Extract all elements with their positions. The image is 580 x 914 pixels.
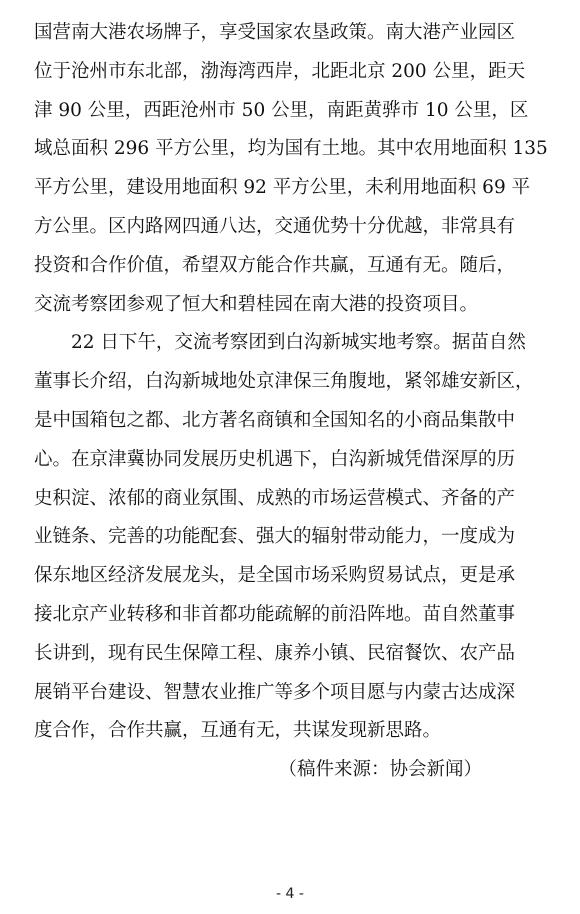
text-line: 史积淀、浓郁的商业氛围、成熟的市场运营模式、齐备的产 <box>34 480 496 519</box>
text-line: 保东地区经济发展龙头，是全国市场采购贸易试点，更是承 <box>34 557 496 596</box>
text-line: 国营南大港农场牌子，享受国家农垦政策。南大港产业园区 <box>34 14 496 53</box>
text-line: 域总面积 296 平方公里，均为国有土地。其中农用地面积 135 <box>34 130 496 169</box>
text-line: 位于沧州市东北部，渤海湾西岸，北距北京 200 公里，距天 <box>34 53 496 92</box>
paragraph-1: 国营南大港农场牌子，享受国家农垦政策。南大港产业园区 位于沧州市东北部，渤海湾西… <box>34 14 496 324</box>
text-line: 津 90 公里，西距沧州市 50 公里，南距黄骅市 10 公里，区 <box>34 92 496 131</box>
article-source: （稿件来源：协会新闻） <box>34 751 496 790</box>
text-line: 交流考察团参观了恒大和碧桂园在南大港的投资项目。 <box>34 286 496 325</box>
text-line: 心。在京津冀协同发展历史机遇下，白沟新城凭借深厚的历 <box>34 441 496 480</box>
text-line: 董事长介绍，白沟新城地处京津保三角腹地，紧邻雄安新区， <box>34 363 496 402</box>
page-number: - 4 - <box>0 886 580 902</box>
text-line: 接北京产业转移和非首都功能疏解的前沿阵地。苗自然董事 <box>34 596 496 635</box>
text-line: 长讲到，现有民生保障工程、康养小镇、民宿餐饮、农产品 <box>34 635 496 674</box>
text-line: 22 日下午，交流考察团到白沟新城实地考察。据苗自然 <box>34 324 496 363</box>
document-page: 国营南大港农场牌子，享受国家农垦政策。南大港产业园区 位于沧州市东北部，渤海湾西… <box>0 0 580 914</box>
text-line: 是中国箱包之都、北方著名商镇和全国知名的小商品集散中 <box>34 402 496 441</box>
body-text: 国营南大港农场牌子，享受国家农垦政策。南大港产业园区 位于沧州市东北部，渤海湾西… <box>34 14 496 790</box>
text-line: 度合作，合作共赢，互通有无，共谋发现新思路。 <box>34 712 496 751</box>
text-line: 方公里。区内路网四通八达，交通优势十分优越，非常具有 <box>34 208 496 247</box>
text-line: 展销平台建设、智慧农业推广等多个项目愿与内蒙古达成深 <box>34 674 496 713</box>
text-line: 平方公里，建设用地面积 92 平方公里，未利用地面积 69 平 <box>34 169 496 208</box>
paragraph-2: 22 日下午，交流考察团到白沟新城实地考察。据苗自然 董事长介绍，白沟新城地处京… <box>34 324 496 751</box>
text-line: 投资和合作价值，希望双方能合作共赢，互通有无。随后， <box>34 247 496 286</box>
text-line: 业链条、完善的功能配套、强大的辐射带动能力，一度成为 <box>34 518 496 557</box>
